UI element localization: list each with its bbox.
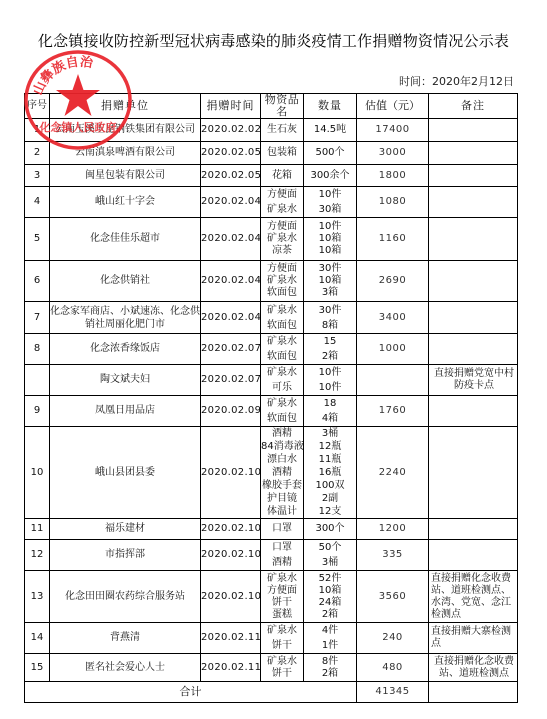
remark — [429, 165, 518, 187]
item-quantity: 2箱 — [304, 668, 356, 680]
item-quantity: 4件 — [304, 623, 356, 638]
donor-name: 陶文斌夫妇 — [50, 365, 201, 396]
item-quantity: 24箱 — [304, 597, 356, 609]
remark — [429, 142, 518, 165]
header-items: 物资品名 — [261, 94, 304, 119]
item-list: 矿泉水饼干 — [261, 623, 304, 654]
donation-date: 2020.02.05 — [201, 142, 261, 165]
remark — [429, 396, 518, 427]
donor-name: 云南滇泉啤酒有限公司 — [50, 142, 201, 165]
row-number: 2 — [25, 142, 50, 165]
remark — [429, 218, 518, 261]
donor-name: 化念田田圈农药综合服务站 — [50, 571, 201, 623]
donation-date: 2020.02.07 — [201, 365, 261, 396]
quantity-list: 10件10箱10箱 — [304, 218, 357, 261]
row-number — [25, 365, 50, 396]
item-name: 体温计 — [261, 505, 303, 518]
item-quantity: 10件 — [304, 221, 356, 233]
item-name: 花箱 — [261, 170, 303, 182]
item-name: 矿泉水 — [261, 365, 303, 380]
item-quantity: 50个 — [304, 540, 356, 555]
item-quantity: 4箱 — [304, 411, 356, 426]
table-row: 1云南玉溪玉昆钢铁集团有限公司2020.02.02生石灰14.5吨17400 — [25, 119, 518, 142]
item-list: 矿泉水软面包 — [261, 396, 304, 427]
table-row: 3闽星包装有限公司2020.02.05花箱300余个1800 — [25, 165, 518, 187]
row-number: 6 — [25, 261, 50, 302]
item-list: 生石灰 — [261, 119, 304, 142]
item-name: 饼干 — [261, 638, 303, 653]
table-row: 11福乐建材2020.02.10口罩300个1200 — [25, 519, 518, 540]
table-row: 13化念田田圈农药综合服务站2020.02.10矿泉水方便面饼干蛋糕52件10箱… — [25, 571, 518, 623]
item-quantity: 30件 — [304, 303, 356, 318]
item-name: 方便面 — [261, 585, 303, 597]
quantity-list: 152箱 — [304, 334, 357, 365]
quantity-list: 3桶12瓶11瓶16瓶100双2副12支 — [304, 427, 357, 519]
quantity-list: 52件10箱24箱2箱 — [304, 571, 357, 623]
row-number: 3 — [25, 165, 50, 187]
donor-name: 闽星包装有限公司 — [50, 165, 201, 187]
item-quantity: 100双 — [304, 479, 356, 492]
remark: 直接捐赠党宽中村防疫卡点 — [429, 365, 518, 396]
quantity-list: 184箱 — [304, 396, 357, 427]
remark — [429, 519, 518, 540]
row-number: 13 — [25, 571, 50, 623]
quantity-list: 10件10件 — [304, 365, 357, 396]
donation-date: 2020.02.10 — [201, 427, 261, 519]
total-row: 合计 41345 — [25, 682, 518, 703]
item-name: 矿泉水 — [261, 573, 303, 585]
table-row: 10峨山县团县委2020.02.10酒精84消毒液漂白水酒精橡胶手套护目镜体温计… — [25, 427, 518, 519]
donation-date: 2020.02.10 — [201, 519, 261, 540]
item-name: 口罩 — [261, 523, 303, 535]
remark — [429, 540, 518, 571]
estimated-value: 1080 — [357, 187, 429, 218]
row-number: 10 — [25, 427, 50, 519]
item-list: 矿泉水方便面饼干蛋糕 — [261, 571, 304, 623]
item-name: 矿泉水 — [261, 275, 303, 287]
estimated-value: 480 — [357, 654, 429, 682]
item-quantity: 12支 — [304, 505, 356, 518]
header-no: 序号 — [25, 94, 50, 119]
item-list: 矿泉水软面包 — [261, 334, 304, 365]
item-quantity: 10箱 — [304, 245, 356, 257]
quantity-list: 500个 — [304, 142, 357, 165]
estimated-value: 240 — [357, 623, 429, 654]
item-name: 方便面 — [261, 263, 303, 275]
remark — [429, 119, 518, 142]
donation-date: 2020.02.11 — [201, 623, 261, 654]
item-name: 凉茶 — [261, 245, 303, 257]
header-donor: 捐赠单位 — [50, 94, 201, 119]
quantity-list: 300余个 — [304, 165, 357, 187]
table-row: 9凤凰日用品店2020.02.09矿泉水软面包184箱1760 — [25, 396, 518, 427]
item-quantity: 2副 — [304, 492, 356, 505]
item-name: 蛋糕 — [261, 609, 303, 621]
header-date: 捐赠时间 — [201, 94, 261, 119]
row-number: 12 — [25, 540, 50, 571]
donor-name: 福乐建材 — [50, 519, 201, 540]
donation-date: 2020.02.07 — [201, 334, 261, 365]
quantity-list: 30件10箱3箱 — [304, 261, 357, 302]
item-list: 方便面矿泉水软面包 — [261, 261, 304, 302]
item-name: 矿泉水 — [261, 623, 303, 638]
item-name: 生石灰 — [261, 124, 303, 136]
row-number: 7 — [25, 302, 50, 334]
estimated-value: 17400 — [357, 119, 429, 142]
item-quantity: 14.5吨 — [304, 124, 356, 136]
item-quantity: 52件 — [304, 573, 356, 585]
donation-table: 序号 捐赠单位 捐赠时间 物资品名 数量 估值（元） 备注 1云南玉溪玉昆钢铁集… — [24, 93, 518, 703]
quantity-list: 4件1件 — [304, 623, 357, 654]
item-quantity: 8件 — [304, 656, 356, 668]
quantity-list: 10件30箱 — [304, 187, 357, 218]
item-quantity: 10箱 — [304, 233, 356, 245]
item-name: 包装箱 — [261, 147, 303, 159]
row-number: 11 — [25, 519, 50, 540]
table-row: 7化念家军商店、小斌速冻、化念供销社周丽化肥门市2020.02.04矿泉水软面包… — [25, 302, 518, 334]
item-name: 饼干 — [261, 597, 303, 609]
table-row: 12市指挥部2020.02.10口罩酒精50个3桶335 — [25, 540, 518, 571]
svg-text:山彝族自治: 山彝族自治 — [31, 54, 95, 98]
total-label: 合计 — [25, 682, 357, 703]
item-name: 矿泉水 — [261, 202, 303, 217]
item-quantity: 300余个 — [304, 170, 356, 182]
item-quantity: 1件 — [304, 638, 356, 653]
donor-name: 峨山红十字会 — [50, 187, 201, 218]
item-quantity: 10件 — [304, 187, 356, 202]
donor-name: 峨山县团县委 — [50, 427, 201, 519]
item-name: 饼干 — [261, 668, 303, 680]
item-quantity: 15 — [304, 334, 356, 349]
donor-name: 云南玉溪玉昆钢铁集团有限公司 — [50, 119, 201, 142]
item-list: 方便面矿泉水 — [261, 187, 304, 218]
item-quantity: 300个 — [304, 523, 356, 535]
table-row: 6化念供销社2020.02.04方便面矿泉水软面包30件10箱3箱2690 — [25, 261, 518, 302]
estimated-value: 335 — [357, 540, 429, 571]
item-quantity: 10件 — [304, 365, 356, 380]
table-row: 14背燕清2020.02.11矿泉水饼干4件1件240直接捐赠大寨检测点 — [25, 623, 518, 654]
row-number: 9 — [25, 396, 50, 427]
item-quantity: 8箱 — [304, 318, 356, 333]
item-quantity: 3桶 — [304, 555, 356, 570]
item-list: 口罩酒精 — [261, 540, 304, 571]
item-name: 橡胶手套 — [261, 479, 303, 492]
donation-date: 2020.02.04 — [201, 187, 261, 218]
donor-name: 市指挥部 — [50, 540, 201, 571]
remark — [429, 261, 518, 302]
item-list: 矿泉水可乐 — [261, 365, 304, 396]
item-name: 酒精 — [261, 427, 303, 440]
remark — [429, 427, 518, 519]
item-name: 84消毒液 — [261, 440, 303, 453]
estimated-value: 1200 — [357, 519, 429, 540]
item-name: 酒精 — [261, 466, 303, 479]
item-list: 矿泉水软面包 — [261, 302, 304, 334]
item-name: 酒精 — [261, 555, 303, 570]
header-note: 备注 — [429, 94, 518, 119]
total-note — [429, 682, 518, 703]
item-list: 包装箱 — [261, 142, 304, 165]
estimated-value: 1160 — [357, 218, 429, 261]
table-row: 5化念佳佳乐超市2020.02.04方便面矿泉水凉茶10件10箱10箱1160 — [25, 218, 518, 261]
donation-date: 2020.02.02 — [201, 119, 261, 142]
item-quantity: 500个 — [304, 147, 356, 159]
table-row: 8化念浓香缘饭店2020.02.07矿泉水软面包152箱1000 — [25, 334, 518, 365]
header-value: 估值（元） — [357, 94, 429, 119]
remark: 直接捐赠化念收费站、道班检测点 — [429, 654, 518, 682]
item-quantity: 10件 — [304, 380, 356, 395]
donation-date: 2020.02.09 — [201, 396, 261, 427]
remark — [429, 302, 518, 334]
table-row: 4峨山红十字会2020.02.04方便面矿泉水10件30箱1080 — [25, 187, 518, 218]
donation-date: 2020.02.04 — [201, 218, 261, 261]
row-number: 15 — [25, 654, 50, 682]
item-quantity: 11瓶 — [304, 453, 356, 466]
item-name: 矿泉水 — [261, 656, 303, 668]
item-quantity: 12瓶 — [304, 440, 356, 453]
donor-name: 化念供销社 — [50, 261, 201, 302]
donor-name: 匿名社会爱心人士 — [50, 654, 201, 682]
donor-name: 化念家军商店、小斌速冻、化念供销社周丽化肥门市 — [50, 302, 201, 334]
remark — [429, 334, 518, 365]
item-quantity: 30箱 — [304, 202, 356, 217]
item-quantity: 10箱 — [304, 275, 356, 287]
item-name: 矿泉水 — [261, 303, 303, 318]
item-name: 软面包 — [261, 318, 303, 333]
donor-name: 化念浓香缘饭店 — [50, 334, 201, 365]
donation-date: 2020.02.10 — [201, 571, 261, 623]
item-name: 护目镜 — [261, 492, 303, 505]
item-list: 花箱 — [261, 165, 304, 187]
item-name: 方便面 — [261, 187, 303, 202]
estimated-value: 1760 — [357, 396, 429, 427]
row-number: 14 — [25, 623, 50, 654]
item-name: 漂白水 — [261, 453, 303, 466]
item-name: 软面包 — [261, 411, 303, 426]
estimated-value: 1000 — [357, 334, 429, 365]
donor-name: 背燕清 — [50, 623, 201, 654]
item-list: 酒精84消毒液漂白水酒精橡胶手套护目镜体温计 — [261, 427, 304, 519]
table-row: 15匿名社会爱心人士2020.02.11矿泉水饼干8件2箱480直接捐赠化念收费… — [25, 654, 518, 682]
row-number: 5 — [25, 218, 50, 261]
item-quantity: 2箱 — [304, 609, 356, 621]
item-name: 可乐 — [261, 380, 303, 395]
remark: 直接捐赠化念收费站、道班检测点、水湾、党宽、念江检测点 — [429, 571, 518, 623]
estimated-value — [357, 365, 429, 396]
item-quantity: 3箱 — [304, 287, 356, 299]
estimated-value: 2240 — [357, 427, 429, 519]
estimated-value: 1800 — [357, 165, 429, 187]
item-name: 矿泉水 — [261, 396, 303, 411]
item-quantity: 3桶 — [304, 427, 356, 440]
item-list: 矿泉水饼干 — [261, 654, 304, 682]
item-quantity: 30件 — [304, 263, 356, 275]
donation-date: 2020.02.05 — [201, 165, 261, 187]
page-title: 化念镇接收防控新型冠状病毒感染的肺炎疫情工作捐赠物资情况公示表 — [0, 30, 547, 51]
estimated-value: 3400 — [357, 302, 429, 334]
item-quantity: 2箱 — [304, 349, 356, 364]
row-number: 4 — [25, 187, 50, 218]
quantity-list: 14.5吨 — [304, 119, 357, 142]
quantity-list: 8件2箱 — [304, 654, 357, 682]
item-name: 软面包 — [261, 349, 303, 364]
quantity-list: 30件8箱 — [304, 302, 357, 334]
table-header-row: 序号 捐赠单位 捐赠时间 物资品名 数量 估值（元） 备注 — [25, 94, 518, 119]
item-quantity: 16瓶 — [304, 466, 356, 479]
remark: 直接捐赠大寨检测点 — [429, 623, 518, 654]
item-name: 口罩 — [261, 540, 303, 555]
donation-date: 2020.02.11 — [201, 654, 261, 682]
remark — [429, 187, 518, 218]
quantity-list: 50个3桶 — [304, 540, 357, 571]
donor-name: 凤凰日用品店 — [50, 396, 201, 427]
item-list: 方便面矿泉水凉茶 — [261, 218, 304, 261]
quantity-list: 300个 — [304, 519, 357, 540]
table-row: 2云南滇泉啤酒有限公司2020.02.05包装箱500个3000 — [25, 142, 518, 165]
item-list: 口罩 — [261, 519, 304, 540]
header-qty: 数量 — [304, 94, 357, 119]
row-number: 1 — [25, 119, 50, 142]
total-value: 41345 — [357, 682, 429, 703]
item-name: 矿泉水 — [261, 334, 303, 349]
estimated-value: 3560 — [357, 571, 429, 623]
item-quantity: 18 — [304, 396, 356, 411]
item-name: 方便面 — [261, 221, 303, 233]
item-name: 软面包 — [261, 287, 303, 299]
publish-date: 时间：2020年2月12日 — [399, 73, 514, 89]
estimated-value: 2690 — [357, 261, 429, 302]
donor-name: 化念佳佳乐超市 — [50, 218, 201, 261]
estimated-value: 3000 — [357, 142, 429, 165]
donation-date: 2020.02.10 — [201, 540, 261, 571]
item-name: 矿泉水 — [261, 233, 303, 245]
donation-date: 2020.02.04 — [201, 261, 261, 302]
donation-date: 2020.02.04 — [201, 302, 261, 334]
table-row: 陶文斌夫妇2020.02.07矿泉水可乐10件10件直接捐赠党宽中村防疫卡点 — [25, 365, 518, 396]
row-number: 8 — [25, 334, 50, 365]
item-quantity: 10箱 — [304, 585, 356, 597]
